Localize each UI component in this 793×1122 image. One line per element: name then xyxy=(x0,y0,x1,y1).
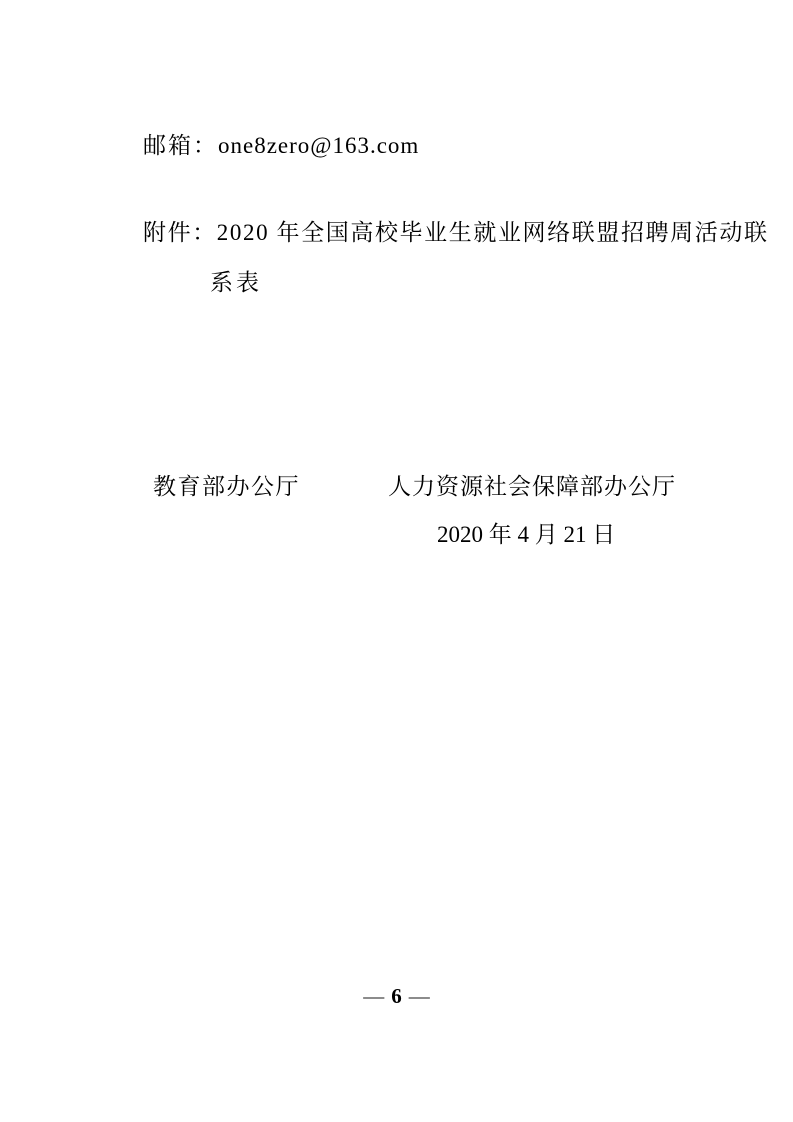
attachment-line-2: 系表 xyxy=(210,268,262,298)
footer-dash-right: — xyxy=(409,984,430,1008)
document-page: 邮箱：one8zero@163.com 附件：2020 年全国高校毕业生就业网络… xyxy=(0,0,793,1122)
signature-right-org: 人力资源社会保障部办公厅 xyxy=(388,472,676,502)
footer-page-number: 6 xyxy=(384,984,409,1008)
page-footer: —6— xyxy=(0,984,793,1009)
email-label: 邮箱： xyxy=(143,133,218,158)
email-address: one8zero@163.com xyxy=(218,133,419,158)
footer-dash-left: — xyxy=(363,984,384,1008)
signature-date: 2020 年 4 月 21 日 xyxy=(437,520,615,550)
signature-left-org: 教育部办公厅 xyxy=(153,472,300,502)
attachment-line-1: 附件：2020 年全国高校毕业生就业网络联盟招聘周活动联 xyxy=(143,218,769,248)
email-line: 邮箱：one8zero@163.com xyxy=(143,131,419,161)
